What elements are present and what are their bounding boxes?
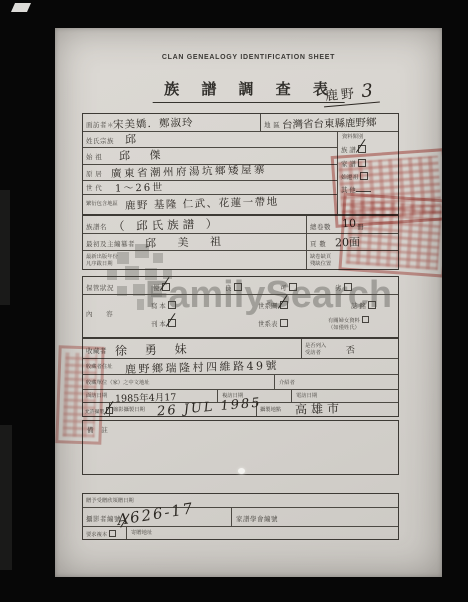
compiler-label: 最初及主編纂者 xyxy=(86,239,135,248)
film-edge-mark xyxy=(0,190,10,305)
page-note-number: 3 xyxy=(360,80,373,102)
area-label: 地 區 xyxy=(264,120,280,129)
introducer-label: 介紹者 xyxy=(279,380,295,387)
origin-label: 原 居 xyxy=(86,169,102,178)
notes-box: 備 註 xyxy=(82,420,399,475)
condition-poor: 劣 xyxy=(335,283,352,292)
publish-label: 最新出版年份凡序跋日期 xyxy=(86,254,118,267)
page-note-place: 鹿野 xyxy=(325,86,358,104)
condition-table: 保管狀況 優╱ 良 可 劣 內 容 寫 本 世系圖╱ 誌 銘 xyxy=(82,276,399,338)
listed-label: 是否列入受訪者 xyxy=(305,343,326,356)
donation-section-label: 贈予受贈欣領贈日期 xyxy=(86,498,134,505)
mailing-address-label: 寄贈地址 xyxy=(131,530,152,537)
surname-value: 邱 xyxy=(125,131,136,147)
spread-value: 鹿野 基隆 仁武、花蓮一帶地 xyxy=(125,194,279,213)
spread-label: 繁衍包含地區 xyxy=(86,201,118,208)
film-corner-mark xyxy=(11,3,31,12)
content-women-data: 有關婦女資料 （如僅姓氏） xyxy=(328,316,369,332)
content-lineage-chart: 世系圖╱ xyxy=(258,301,288,310)
document-page: CLAN GENEALOGY IDENTIFICATION SHEET 族 譜 … xyxy=(55,28,442,577)
visit-date-value: 1985年4月17 xyxy=(115,389,177,405)
book-title-value: （ 邱氏族譜 ） xyxy=(113,216,222,235)
generations-label: 世 代 xyxy=(86,183,102,192)
pages-label: 頁 數 xyxy=(310,239,326,248)
missing-label: 缺卷缺頁殘缺位置 xyxy=(310,254,331,267)
red-seal xyxy=(55,345,104,445)
film-place-label: 攝製地點 xyxy=(260,407,281,414)
footer-table: 贈予受贈欣領贈日期 攝影者編號 A626-17 家譜學會編號 要求複本 寄贈地址 xyxy=(82,493,399,540)
phone-date-label: 電訪日期 xyxy=(296,393,317,400)
ancestor-label: 始 祖 xyxy=(86,152,102,161)
content-lineage-table: 世系表 xyxy=(258,319,288,328)
condition-fair: 可 xyxy=(280,283,297,292)
interviewer-label: 面訪者＊ xyxy=(86,120,114,129)
interviewer-value: 宋美嬌．鄭淑玲 xyxy=(113,115,194,132)
surname-label: 姓氏宗族 xyxy=(86,136,114,145)
volumes-label: 總卷數 xyxy=(310,222,331,231)
film-place-value: 高雄市 xyxy=(295,399,343,417)
check-mark: ╱ xyxy=(356,139,365,154)
content-printed: 刊 本╱ xyxy=(151,319,176,328)
english-title: CLAN GENEALOGY IDENTIFICATION SHEET xyxy=(55,54,442,61)
holder-table: 收藏者 徐 勇 妹 是否列入受訪者 否 收藏者住址 鹿野鄉瑞隆村四維路49號 收… xyxy=(82,338,399,417)
microfilm-frame: CLAN GENEALOGY IDENTIFICATION SHEET 族 譜 … xyxy=(0,0,468,602)
content-epitaph: 誌 銘 xyxy=(351,301,376,310)
film-edge-mark xyxy=(0,425,12,570)
content-manuscript: 寫 本 xyxy=(151,301,176,310)
generations-value: 1～26世 xyxy=(115,178,164,194)
compiler-value: 邱 美 祖 xyxy=(145,233,230,251)
copy-request-label: 要求複本 xyxy=(86,530,116,539)
condition-excellent: 優╱ xyxy=(153,283,170,292)
condition-good: 良 xyxy=(225,283,242,292)
book-title-label: 族譜名 xyxy=(86,222,107,231)
listed-value: 否 xyxy=(345,342,356,356)
holder-value: 徐 勇 妹 xyxy=(115,340,194,359)
page-title: 族 譜 調 查 表 xyxy=(152,78,345,103)
society-number-label: 家譜學會編號 xyxy=(236,514,278,523)
category-option-genealogy: 族 譜╱ xyxy=(341,145,366,154)
content-label: 內 容 xyxy=(86,309,119,318)
handwritten-page-note: 鹿野 3 xyxy=(322,80,380,108)
area-value: 台灣省台東縣鹿野鄉 xyxy=(282,115,377,132)
film-splice-dot xyxy=(238,468,245,474)
red-seal xyxy=(338,192,442,277)
ancestor-value: 邱 傑 xyxy=(119,146,169,163)
condition-label: 保管狀況 xyxy=(86,283,114,292)
checkbox-genealogy: ╱ xyxy=(358,145,366,153)
film-date-label: 縮影攝製日期 xyxy=(113,407,145,414)
